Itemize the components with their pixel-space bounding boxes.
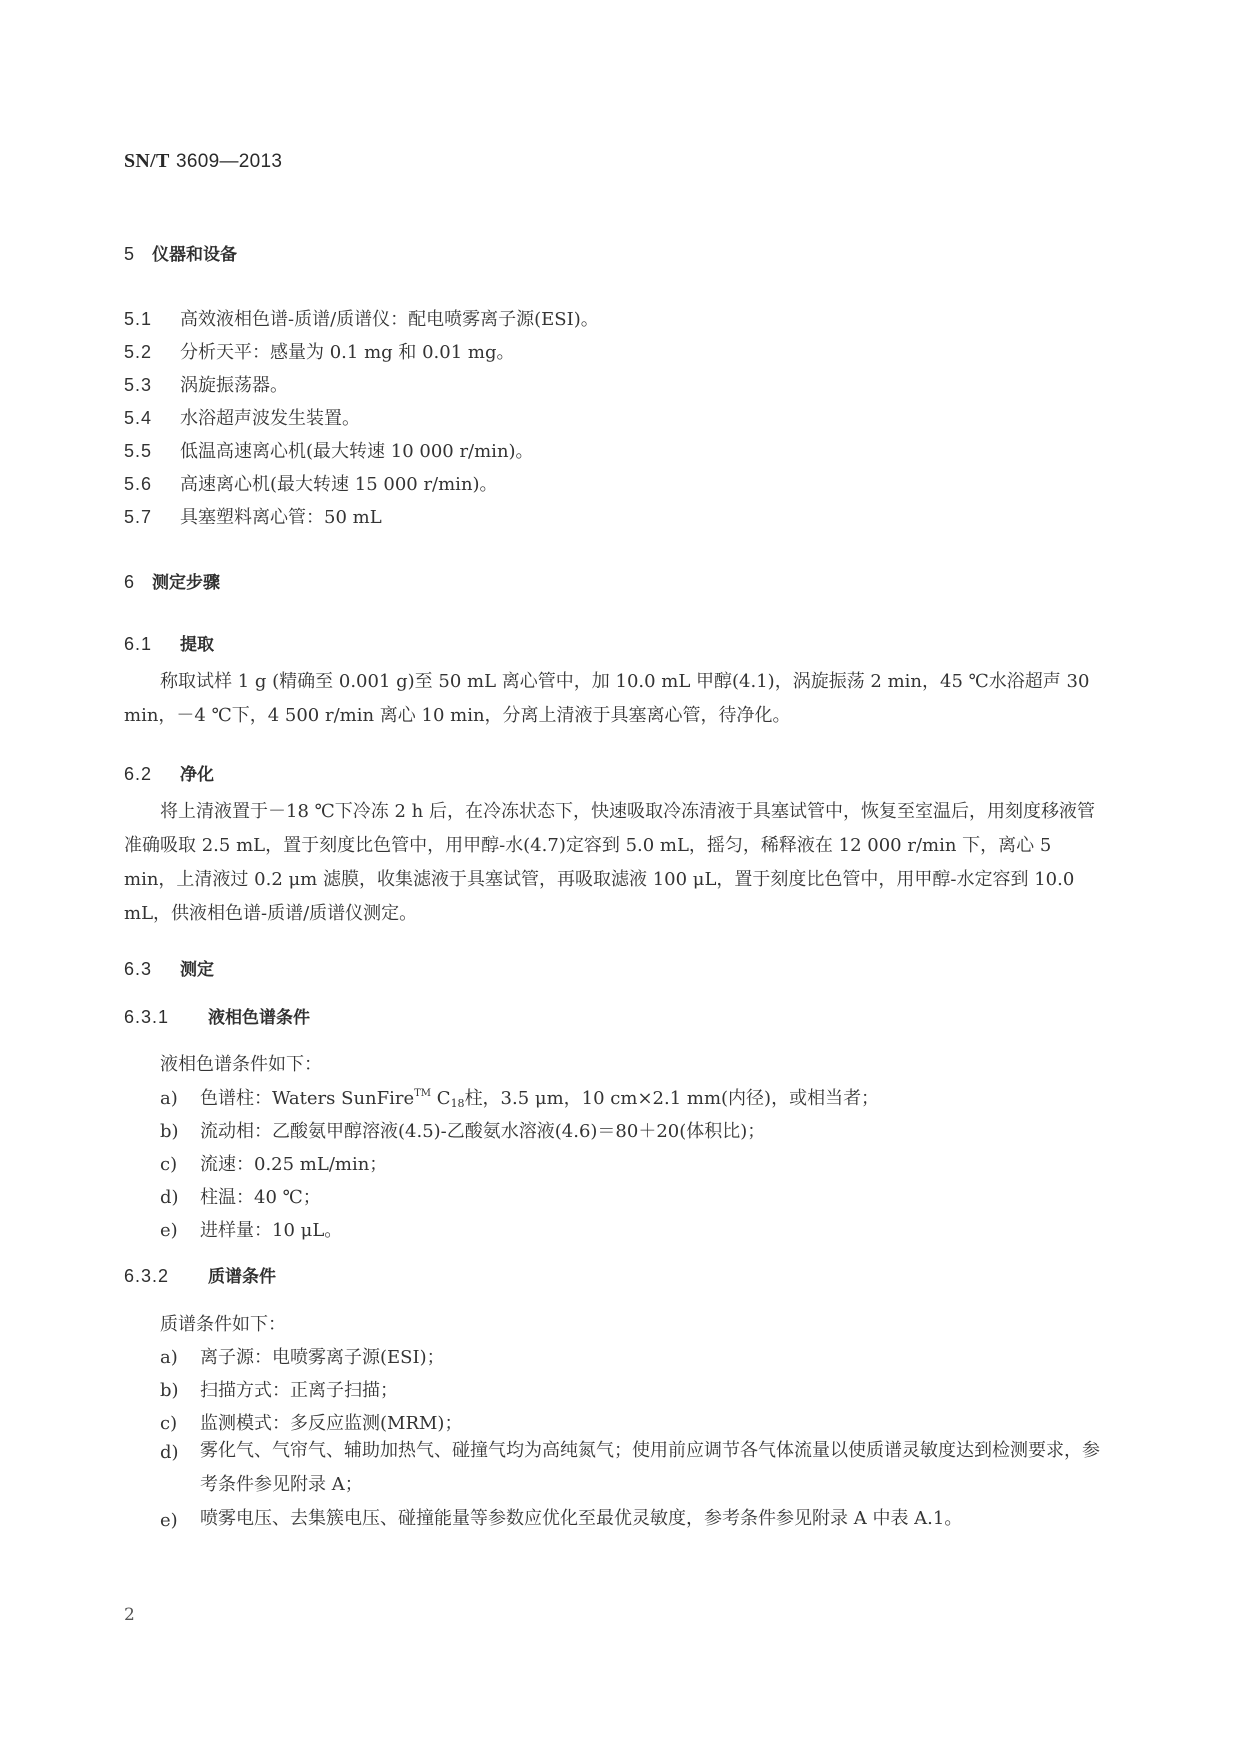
list-item: d)柱温：40 ℃；	[160, 1183, 321, 1209]
standard-number: 3609—2013	[176, 151, 282, 172]
list-item: b)流动相：乙酸氨甲醇溶液(4.5)-乙酸氨水溶液(4.6)＝80＋20(体积比…	[160, 1117, 765, 1143]
list-item: 5.1高效液相色谱-质谱/质谱仪：配电喷雾离子源(ESI)。	[124, 305, 599, 331]
section-6-1-paragraph: 称取试样 1 g (精确至 0.001 g)至 50 mL 离心管中，加 10.…	[124, 665, 1109, 733]
section-6-3-heading: 6.3测定	[124, 955, 214, 980]
standard-prefix: SN/T	[124, 150, 170, 172]
list-item: c)流速：0.25 mL/min；	[160, 1150, 387, 1176]
lc-conditions-intro: 液相色谱条件如下：	[160, 1050, 322, 1076]
list-item: b)扫描方式：正离子扫描；	[160, 1376, 398, 1402]
section-6-2-paragraph: 将上清液置于－18 ℃下冷冻 2 h 后，在冷冻状态下，快速吸取冷冻清液于具塞试…	[124, 795, 1109, 931]
page-number: 2	[124, 1605, 135, 1625]
section-6-heading: 6测定步骤	[124, 568, 220, 593]
list-item: 5.6高速离心机(最大转速 15 000 r/min)。	[124, 470, 498, 496]
section-6-2-heading: 6.2净化	[124, 760, 214, 785]
list-item: 5.4水浴超声波发生装置。	[124, 404, 360, 430]
section-6-1-heading: 6.1提取	[124, 630, 214, 655]
standard-code: SN/T 3609—2013	[124, 150, 282, 173]
section-5-heading: 5仪器和设备	[124, 240, 237, 265]
list-item: 5.2分析天平：感量为 0.1 mg 和 0.01 mg。	[124, 338, 515, 364]
section-6-3-1-heading: 6.3.1液相色谱条件	[124, 1003, 310, 1028]
list-item: e)进样量：10 μL。	[160, 1216, 342, 1242]
list-item: e)喷雾电压、去集簇电压、碰撞能量等参数应优化至最优灵敏度，参考条件参见附录 A…	[160, 1510, 1110, 1536]
list-item: d)雾化气、气帘气、辅助加热气、碰撞气均为高纯氮气；使用前应调节各气体流量以使质…	[160, 1442, 1110, 1502]
list-item: c)监测模式：多反应监测(MRM)；	[160, 1409, 462, 1435]
list-item: 5.7具塞塑料离心管：50 mL	[124, 503, 382, 529]
list-item: 5.3涡旋振荡器。	[124, 371, 288, 397]
list-item: a)色谱柱：Waters SunFireTM C18柱，3.5 μm，10 cm…	[160, 1084, 879, 1110]
ms-conditions-intro: 质谱条件如下：	[160, 1310, 286, 1336]
section-6-3-2-heading: 6.3.2质谱条件	[124, 1262, 276, 1287]
list-item: 5.5低温高速离心机(最大转速 10 000 r/min)。	[124, 437, 534, 463]
list-item: a)离子源：电喷雾离子源(ESI)；	[160, 1343, 445, 1369]
